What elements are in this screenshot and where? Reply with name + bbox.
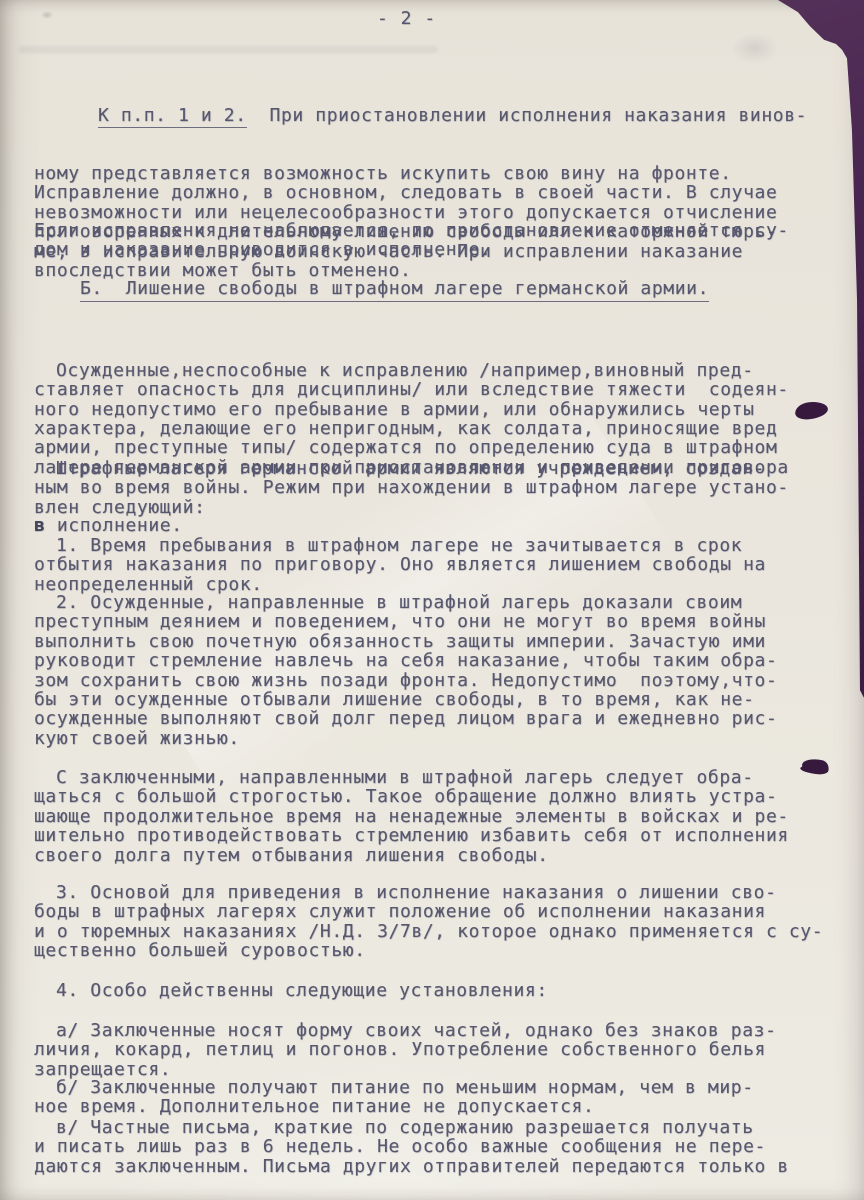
paragraph-correction-failure: Если исправления не наблюдается, то прио… xyxy=(34,221,846,260)
paragraph-penal-camps-institution: Штрафные лагеря германской армии являютс… xyxy=(34,459,846,517)
section-heading: Б. Лишение свободы в штрафном лагере гер… xyxy=(34,279,864,298)
smudge-mark xyxy=(18,46,438,53)
scanned-page: - 2 - К п.п. 1 и 2. При приостановлении … xyxy=(0,0,864,1200)
list-item-1: 1. Время пребывания в штрафном лагере не… xyxy=(34,536,846,594)
text-line-bold-start: в исполнение. xyxy=(34,516,846,535)
paragraph-strict-treatment: С заключенными, направленными в штрафной… xyxy=(34,768,846,865)
clause-reference-underlined: К п.п. 1 и 2. xyxy=(98,105,247,129)
list-item-v: в/ Частные письма, краткие по содержанию… xyxy=(34,1118,846,1176)
list-item-b: б/ Заключенные получают питание по меньш… xyxy=(34,1078,846,1117)
first-line: К п.п. 1 и 2. При приостановлении исполн… xyxy=(34,106,846,125)
list-item-a: а/ Заключенные носят форму своих частей,… xyxy=(34,1021,846,1079)
list-item-3: 3. Основой для приведения в исполнение н… xyxy=(34,883,846,961)
list-item-2: 2. Осужденные, направленные в штрафной л… xyxy=(34,593,846,748)
list-item-4: 4. Особо действенны следующие установлен… xyxy=(34,981,846,1000)
section-heading-underlined: Б. Лишение свободы в штрафном лагере гер… xyxy=(80,278,709,302)
page-number: - 2 - xyxy=(377,9,436,28)
text-run: При приостановлении исполнения наказания… xyxy=(247,105,807,126)
